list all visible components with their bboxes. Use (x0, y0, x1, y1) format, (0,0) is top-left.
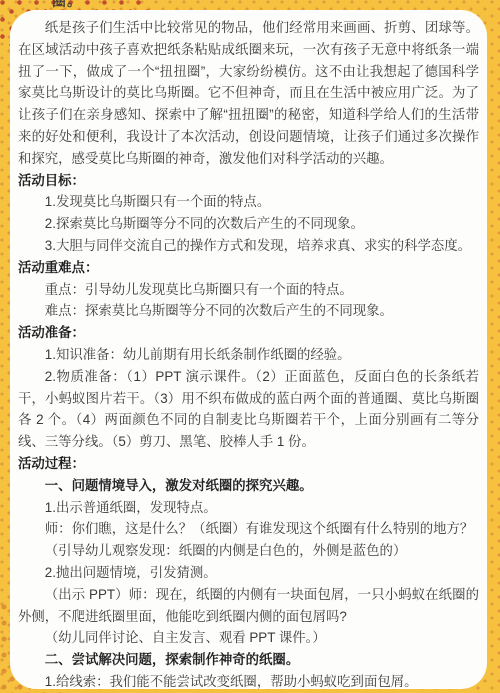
lesson-plan-card: 纸是孩子们生活中比较常见的物品，他们经常用来画画、折剪、团球等。在区域活动中孩子… (10, 10, 487, 689)
text-paragraph: （幼儿同伴讨论、自主发言、观看 PPT 课件。） (18, 627, 479, 649)
section-heading: 活动过程： (18, 453, 479, 475)
text-paragraph: 二、尝试解决问题，探索制作神奇的纸圈。 (18, 649, 479, 671)
section-heading: 活动准备： (18, 322, 479, 344)
text-paragraph: 重点：引导幼儿发现莫比乌斯圈只有一个面的特点。 (18, 279, 479, 301)
text-paragraph: 2.抛出问题情境，引发猜测。 (18, 562, 479, 584)
text-paragraph: 3.大胆与同伴交流自己的操作方式和发现，培养求真、求实的科学态度。 (18, 235, 479, 257)
text-paragraph: 1.给线索：我们能不能尝试改变纸圈，帮助小蚂蚁吃到面包屑。 (18, 671, 479, 689)
text-paragraph: 2.探索莫比乌斯圈等分不同的次数后产生的不同现象。 (18, 213, 479, 235)
text-paragraph: 纸是孩子们生活中比较常见的物品，他们经常用来画画、折剪、团球等。在区域活动中孩子… (18, 17, 479, 170)
text-paragraph: 师：你们瞧，这是什么？（纸圈）有谁发现这个纸圈有什么特别的地方？ (18, 518, 479, 540)
text-paragraph: 1.出示普通纸圈，发现特点。 (18, 497, 479, 519)
lesson-plan-text: 纸是孩子们生活中比较常见的物品，他们经常用来画画、折剪、团球等。在区域活动中孩子… (18, 17, 479, 689)
text-paragraph: 1.知识准备：幼儿前期有用长纸条制作纸圈的经验。 (18, 344, 479, 366)
text-paragraph: 2.物质准备：（1）PPT 演示课件。（2）正面蓝色，反面白色的长条纸若干，小蚂… (18, 366, 479, 453)
text-paragraph: 难点：探索莫比乌斯圈等分不同的次数后产生的不同现象。 (18, 300, 479, 322)
text-paragraph: 1.发现莫比乌斯圈只有一个面的特点。 (18, 191, 479, 213)
text-paragraph: 一、问题情境导入，激发对纸圈的探究兴趣。 (18, 475, 479, 497)
section-heading: 活动目标： (18, 170, 479, 192)
text-paragraph: （出示 PPT）师：现在，纸圈的内侧有一块面包屑，一只小蚂蚁在纸圈的外侧，不爬进… (18, 584, 479, 628)
text-paragraph: （引导幼儿观察发现：纸圈的内侧是白色的，外侧是蓝色的） (18, 540, 479, 562)
section-heading: 活动重难点： (18, 257, 479, 279)
